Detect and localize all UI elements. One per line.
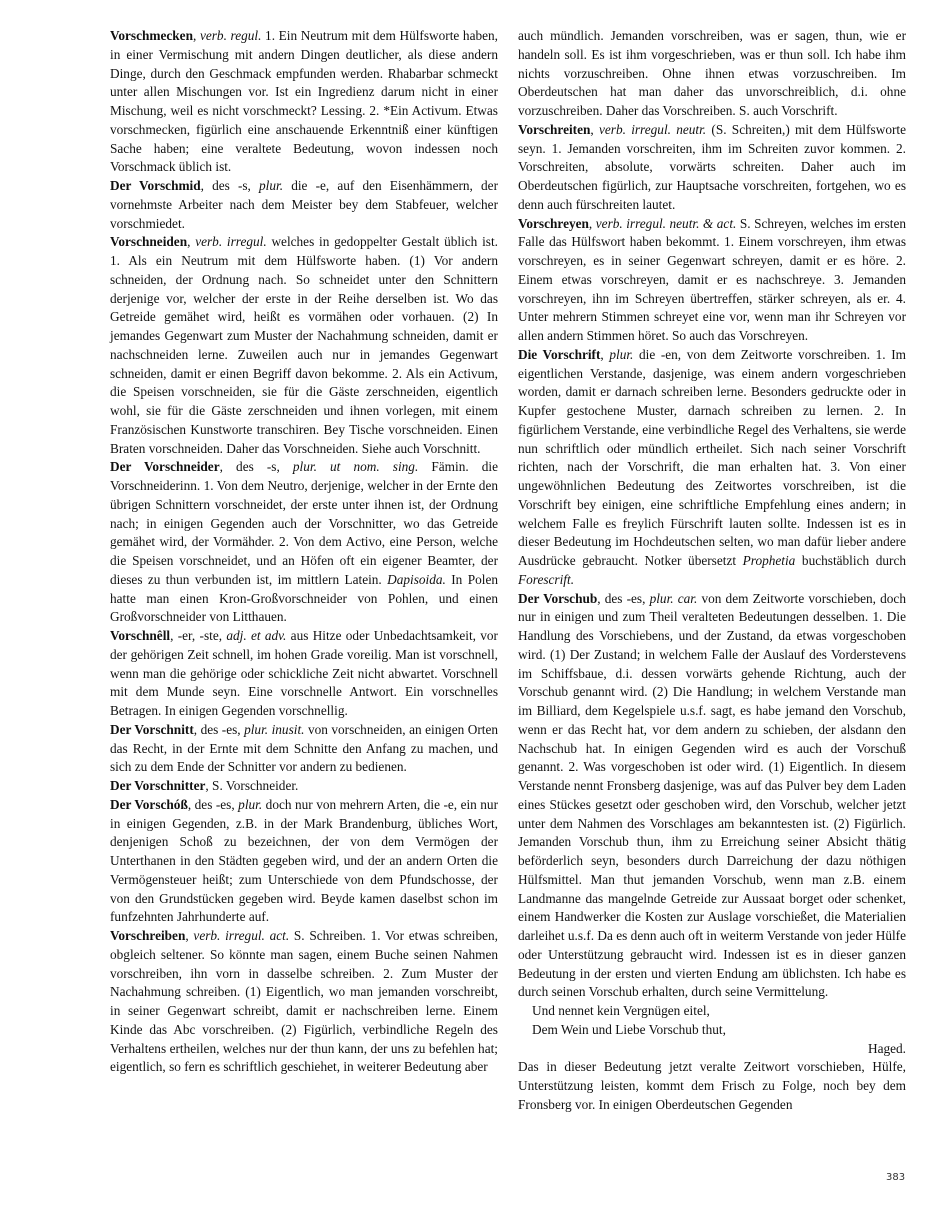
dictionary-entry: Vorschreiten, verb. irregul. neutr. (S. … [518, 121, 906, 215]
entry-text: 1. Ein Neutrum mit dem Hülfsworte haben,… [110, 28, 498, 174]
headword: Der Vorschnitt [110, 722, 194, 737]
dictionary-entry: Vorschmecken, verb. regul. 1. Ein Neutru… [110, 27, 498, 177]
grammar-label: verb. irregul. [195, 234, 266, 249]
dictionary-entry: Die Vorschrift, plur. die -en, von dem Z… [518, 346, 906, 590]
grammar-label: plur. [238, 797, 262, 812]
grammar-label: plur. ut nom. sing. [293, 459, 418, 474]
headword: Der Vorschneider [110, 459, 220, 474]
entry-text: buchstäblich durch [795, 553, 906, 568]
dictionary-entry: Der Vorschneider, des -s, plur. ut nom. … [110, 458, 498, 627]
headword: Vorschmecken [110, 28, 193, 43]
dictionary-entry: Der Vorschmid, des -s, plur. die -e, auf… [110, 177, 498, 233]
dictionary-entry: Vorschreiben, verb. irregul. act. S. Sch… [110, 927, 498, 1077]
headword: Der Vorschóß [110, 797, 188, 812]
grammar-label: verb. irregul. neutr. & act. [596, 216, 737, 231]
verse-attribution: Haged. [518, 1040, 906, 1059]
entry-text: Dapisoida. [387, 572, 446, 587]
headword: Vorschreiten [518, 122, 590, 137]
grammar-label: adj. et adv. [226, 628, 286, 643]
headword: Vorschnêll [110, 628, 170, 643]
entry-text: , des -s, [220, 459, 293, 474]
entry-text: welches in gedoppelter Gestalt üblich is… [110, 234, 498, 455]
entry-text: , des -s, [201, 178, 259, 193]
entry-text: , S. Vorschneider. [205, 778, 298, 793]
entry-text: , des -es, [597, 591, 649, 606]
headword: Vorschreiben [110, 928, 185, 943]
left-column: Vorschmecken, verb. regul. 1. Ein Neutru… [110, 27, 498, 1077]
page-number: 383 [886, 1172, 905, 1183]
grammar-label: verb. irregul. act. [193, 928, 289, 943]
entry-text: Forescrift. [518, 572, 574, 587]
headword: Vorschreyen [518, 216, 589, 231]
grammar-label: plur. [259, 178, 283, 193]
verse-line: Und nennet kein Vergnügen eitel, [518, 1002, 906, 1021]
grammar-label: plur. inusit. [244, 722, 304, 737]
dictionary-entry: Der Vorschóß, des -es, plur. doch nur vo… [110, 796, 498, 927]
right-column: auch mündlich. Jemanden vorschreiben, wa… [518, 27, 906, 1115]
dictionary-entry: Der Vorschnitt, des -es, plur. inusit. v… [110, 721, 498, 777]
grammar-label: plur. [609, 347, 633, 362]
entry-text: S. Schreyen, welches im ersten Falle das… [518, 216, 906, 344]
entry-text: doch nur von mehrern Arten, die -e, ein … [110, 797, 498, 925]
headword: Der Vorschub [518, 591, 597, 606]
entry-text: S. Schreiben. 1. Vor etwas schreiben, ob… [110, 928, 498, 1074]
headword: Der Vorschmid [110, 178, 201, 193]
entry-text: , des -es, [194, 722, 244, 737]
entry-text: auch mündlich. Jemanden vorschreiben, wa… [518, 28, 906, 118]
entry-text: , des -es, [188, 797, 238, 812]
entry-text: , -er, -ste, [170, 628, 226, 643]
dictionary-entry: Der Vorschnitter, S. Vorschneider. [110, 777, 498, 796]
dictionary-entry: Vorschreyen, verb. irregul. neutr. & act… [518, 215, 906, 346]
dictionary-entry: Vorschneiden, verb. irregul. welches in … [110, 233, 498, 458]
grammar-label: plur. car. [650, 591, 698, 606]
headword: Die Vorschrift [518, 347, 600, 362]
grammar-label: verb. regul. [200, 28, 261, 43]
entry-text: Fämin. die Vorschneiderinn. 1. Von dem N… [110, 459, 498, 587]
headword: Vorschneiden [110, 234, 187, 249]
dictionary-entry: Vorschnêll, -er, -ste, adj. et adv. aus … [110, 627, 498, 721]
dictionary-entry: Der Vorschub, des -es, plur. car. von de… [518, 590, 906, 1003]
closing-text: Das in dieser Bedeutung jetzt veralte Ze… [518, 1058, 906, 1114]
entry-text: die -en, von dem Zeitworte vorschreiben.… [518, 347, 906, 568]
verse-line: Dem Wein und Liebe Vorschub thut, [518, 1021, 906, 1040]
grammar-label: verb. irregul. neutr. [599, 122, 706, 137]
dictionary-entry: auch mündlich. Jemanden vorschreiben, wa… [518, 27, 906, 121]
entry-text: von dem Zeitworte vorschieben, doch nur … [518, 591, 906, 1000]
headword: Der Vorschnitter [110, 778, 205, 793]
entry-text: Prophetia [743, 553, 796, 568]
